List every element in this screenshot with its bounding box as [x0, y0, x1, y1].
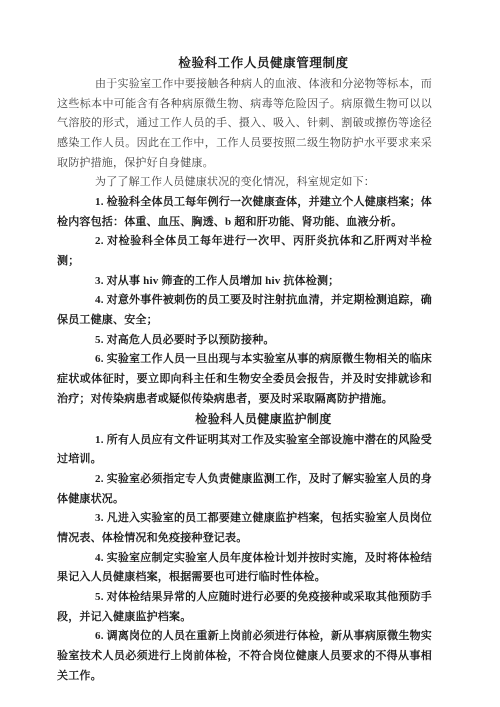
monitoring-rule-item: 2. 实验室必须指定专人负责健康监测工作，及时了解实验室人员的身体健康状况。 [57, 470, 432, 509]
health-exam-rule-item: 1. 检验科全体员工每年例行一次健康查体，并建立个人健康档案；体检内容包括：体重… [57, 193, 432, 232]
section-heading-health-monitoring: 检验科人员健康监护制度 [57, 410, 432, 430]
health-exam-rule-item: 6. 实验室工作人员一旦出现与本实验室从事的病原微生物相关的临床症状或体征时，要… [57, 350, 432, 409]
intro-paragraph: 由于实验室工作中要接触各种病人的血液、体液和分泌物等标本，而这些标本中可能含有各… [57, 75, 432, 173]
health-exam-rule-item: 2. 对检验科全体员工每年进行一次甲、丙肝炎抗体和乙肝两对半检测； [57, 232, 432, 271]
document-title: 检验科工作人员健康管理制度 [57, 55, 432, 71]
monitoring-rule-item: 4. 实验室应制定实验室人员年度体检计划并按时实施，及时将体检结果记入人员健康档… [57, 549, 432, 588]
document-page: 检验科工作人员健康管理制度 由于实验室工作中要接触各种病人的血液、体液和分泌物等… [0, 0, 500, 707]
intro-paragraph: 为了了解工作人员健康状况的变化情况，科室规定如下： [57, 173, 432, 193]
health-exam-rule-item: 4. 对意外事件被刺伤的员工要及时注射抗血清，并定期检测追踪，确保员工健康、安全… [57, 291, 432, 330]
health-exam-rule-item: 5. 对高危人员必要时予以预防接种。 [57, 331, 432, 351]
monitoring-rule-item: 1. 所有人员应有文件证明其对工作及实验室全部设施中潜在的风险受过培训。 [57, 431, 432, 470]
health-exam-rule-item: 3. 对从事 hiv 筛查的工作人员增加 hiv 抗体检测； [57, 272, 432, 292]
monitoring-rule-item: 6. 调离岗位的人员在重新上岗前必须进行体检，新从事病原微生物实验室技术人员必须… [57, 627, 432, 686]
monitoring-rule-item: 3. 凡进入实验室的员工都要建立健康监护档案，包括实验室人员岗位情况表、体检情况… [57, 509, 432, 548]
monitoring-rule-item: 5. 对体检结果异常的人应随时进行必要的免疫接种或采取其他预防手段，并记入健康监… [57, 588, 432, 627]
